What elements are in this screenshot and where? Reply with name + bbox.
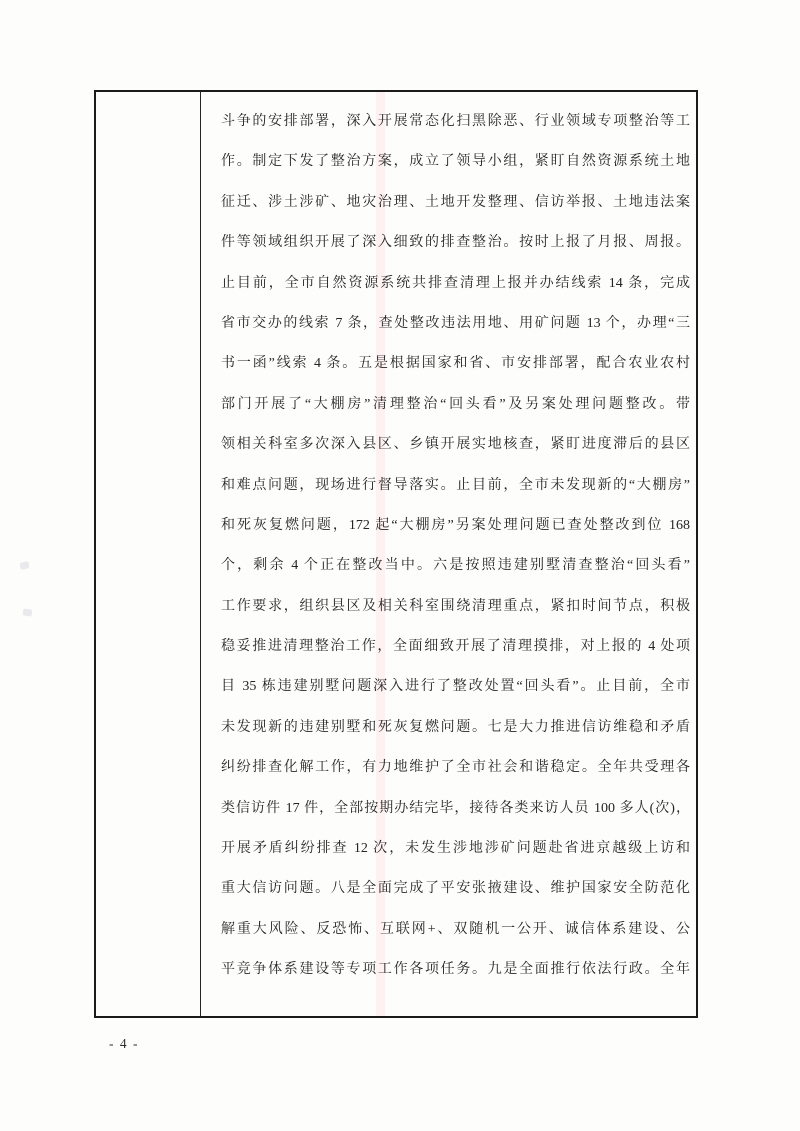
scan-artifact [19, 561, 29, 570]
table-body-cell: 斗争的安排部署，深入开展常态化扫黑除恶、行业领域专项整治等工作。制定下发了整治方… [201, 92, 696, 1016]
text-line: 类信访件 17 件，全部按期办结完毕，接待各类来访人员 100 多人(次)， [221, 789, 690, 829]
page-number: - 4 - [109, 1036, 139, 1052]
text-line: 和死灰复燃问题，172 起“大棚房”另案处理问题已查处整改到位 168 [221, 506, 690, 546]
text-line: 征迁、涉土涉矿、地灾治理、土地开发整理、信访举报、土地违法案 [221, 183, 690, 223]
text-line: 书一函”线索 4 条。五是根据国家和省、市安排部署，配合农业农村 [221, 344, 690, 384]
text-line: 稳妥推进清理整治工作，全面细致开展了清理摸排，对上报的 4 处项 [221, 627, 690, 667]
text-line: 纠纷排查化解工作，有力地维护了全市社会和谐稳定。全年共受理各 [221, 748, 690, 788]
document-table: 斗争的安排部署，深入开展常态化扫黑除恶、行业领域专项整治等工作。制定下发了整治方… [94, 90, 698, 1018]
text-line: 目 35 栋违建别墅问题深入进行了整改处置“回头看”。止目前，全市 [221, 667, 690, 707]
text-line: 解重大风险、反恐怖、互联网+、双随机一公开、诚信体系建设、公 [221, 910, 690, 950]
text-line: 斗争的安排部署，深入开展常态化扫黑除恶、行业领域专项整治等工 [221, 102, 690, 142]
text-line: 开展矛盾纠纷排查 12 次，未发生涉地涉矿问题赴省进京越级上访和 [221, 829, 690, 869]
text-line: 止目前，全市自然资源系统共排查清理上报并办结线索 14 条，完成 [221, 264, 690, 304]
text-line: 工作要求，组织县区及相关科室围绕清理重点，紧扣时间节点，积极 [221, 587, 690, 627]
text-line: 和难点问题，现场进行督导落实。止目前，全市未发现新的“大棚房” [221, 466, 690, 506]
text-line: 个，剩余 4 个正在整改当中。六是按照违建别墅清查整治“回头看” [221, 546, 690, 586]
text-line: 作。制定下发了整治方案，成立了领导小组，紧盯自然资源系统土地 [221, 142, 690, 182]
text-line: 部门开展了“大棚房”清理整治“回头看”及另案处理问题整改。带 [221, 385, 690, 425]
table-left-cell [96, 92, 201, 1016]
scanned-page: 斗争的安排部署，深入开展常态化扫黑除恶、行业领域专项整治等工作。制定下发了整治方… [0, 0, 800, 1131]
text-line: 平竞争体系建设等专项工作各项任务。九是全面推行依法行政。全年 [221, 950, 690, 990]
text-line: 未发现新的违建别墅和死灰复燃问题。七是大力推进信访维稳和矛盾 [221, 708, 690, 748]
text-line: 省市交办的线索 7 条，查处整改违法用地、用矿问题 13 个，办理“三 [221, 304, 690, 344]
text-line: 领相关科室多次深入县区、乡镇开展实地核查，紧盯进度滞后的县区 [221, 425, 690, 465]
scan-artifact [23, 608, 33, 616]
text-line: 重大信访问题。八是全面完成了平安张掖建设、维护国家安全防范化 [221, 869, 690, 909]
text-line: 件等领域组织开展了深入细致的排查整治。按时上报了月报、周报。 [221, 223, 690, 263]
